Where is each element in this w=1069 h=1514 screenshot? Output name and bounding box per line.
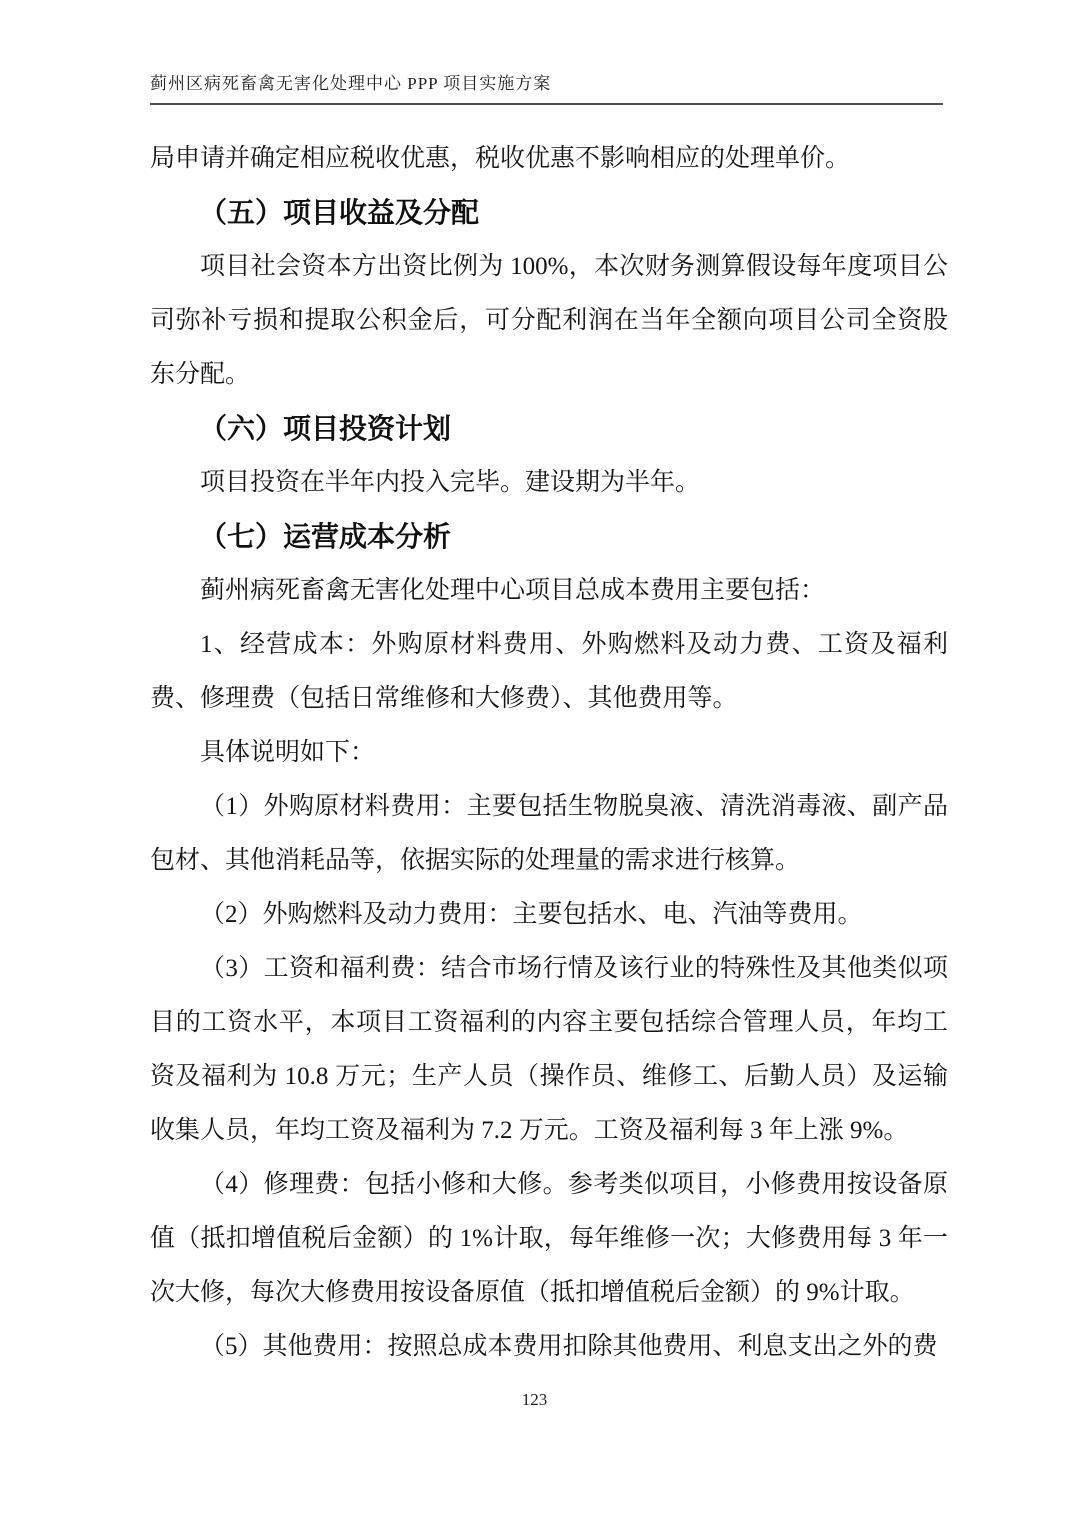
section-heading: （六）项目投资计划 [150,402,948,456]
body-paragraph: 具体说明如下： [150,726,948,780]
page-header: 蓟州区病死畜禽无害化处理中心 PPP 项目实施方案 [150,72,943,105]
section-heading: （七）运营成本分析 [150,510,948,564]
body-paragraph: 项目投资在半年内投入完毕。建设期为半年。 [150,456,948,510]
page-header-title: 蓟州区病死畜禽无害化处理中心 PPP 项目实施方案 [150,74,551,93]
body-paragraph: （5）其他费用：按照总成本费用扣除其他费用、利息支出之外的费 [150,1320,948,1374]
page-number: 123 [0,1390,1069,1410]
document-page: 蓟州区病死畜禽无害化处理中心 PPP 项目实施方案 局申请并确定相应税收优惠，税… [0,0,1069,1514]
body-paragraph: （1）外购原材料费用：主要包括生物脱臭液、清洗消毒液、副产品包材、其他消耗品等，… [150,780,948,888]
body-paragraph: （4）修理费：包括小修和大修。参考类似项目，小修费用按设备原值（抵扣增值税后金额… [150,1158,948,1320]
body-paragraph: 蓟州病死畜禽无害化处理中心项目总成本费用主要包括： [150,564,948,618]
section-heading: （五）项目收益及分配 [150,186,948,240]
document-body: 局申请并确定相应税收优惠，税收优惠不影响相应的处理单价。（五）项目收益及分配项目… [150,132,948,1374]
body-paragraph: （3）工资和福利费：结合市场行情及该行业的特殊性及其他类似项目的工资水平，本项目… [150,942,948,1158]
body-paragraph: （2）外购燃料及动力费用：主要包括水、电、汽油等费用。 [150,888,948,942]
body-paragraph: 项目社会资本方出资比例为 100%，本次财务测算假设每年度项目公司弥补亏损和提取… [150,240,948,402]
body-paragraph: 局申请并确定相应税收优惠，税收优惠不影响相应的处理单价。 [150,132,948,186]
body-paragraph: 1、经营成本：外购原材料费用、外购燃料及动力费、工资及福利费、修理费（包括日常维… [150,618,948,726]
